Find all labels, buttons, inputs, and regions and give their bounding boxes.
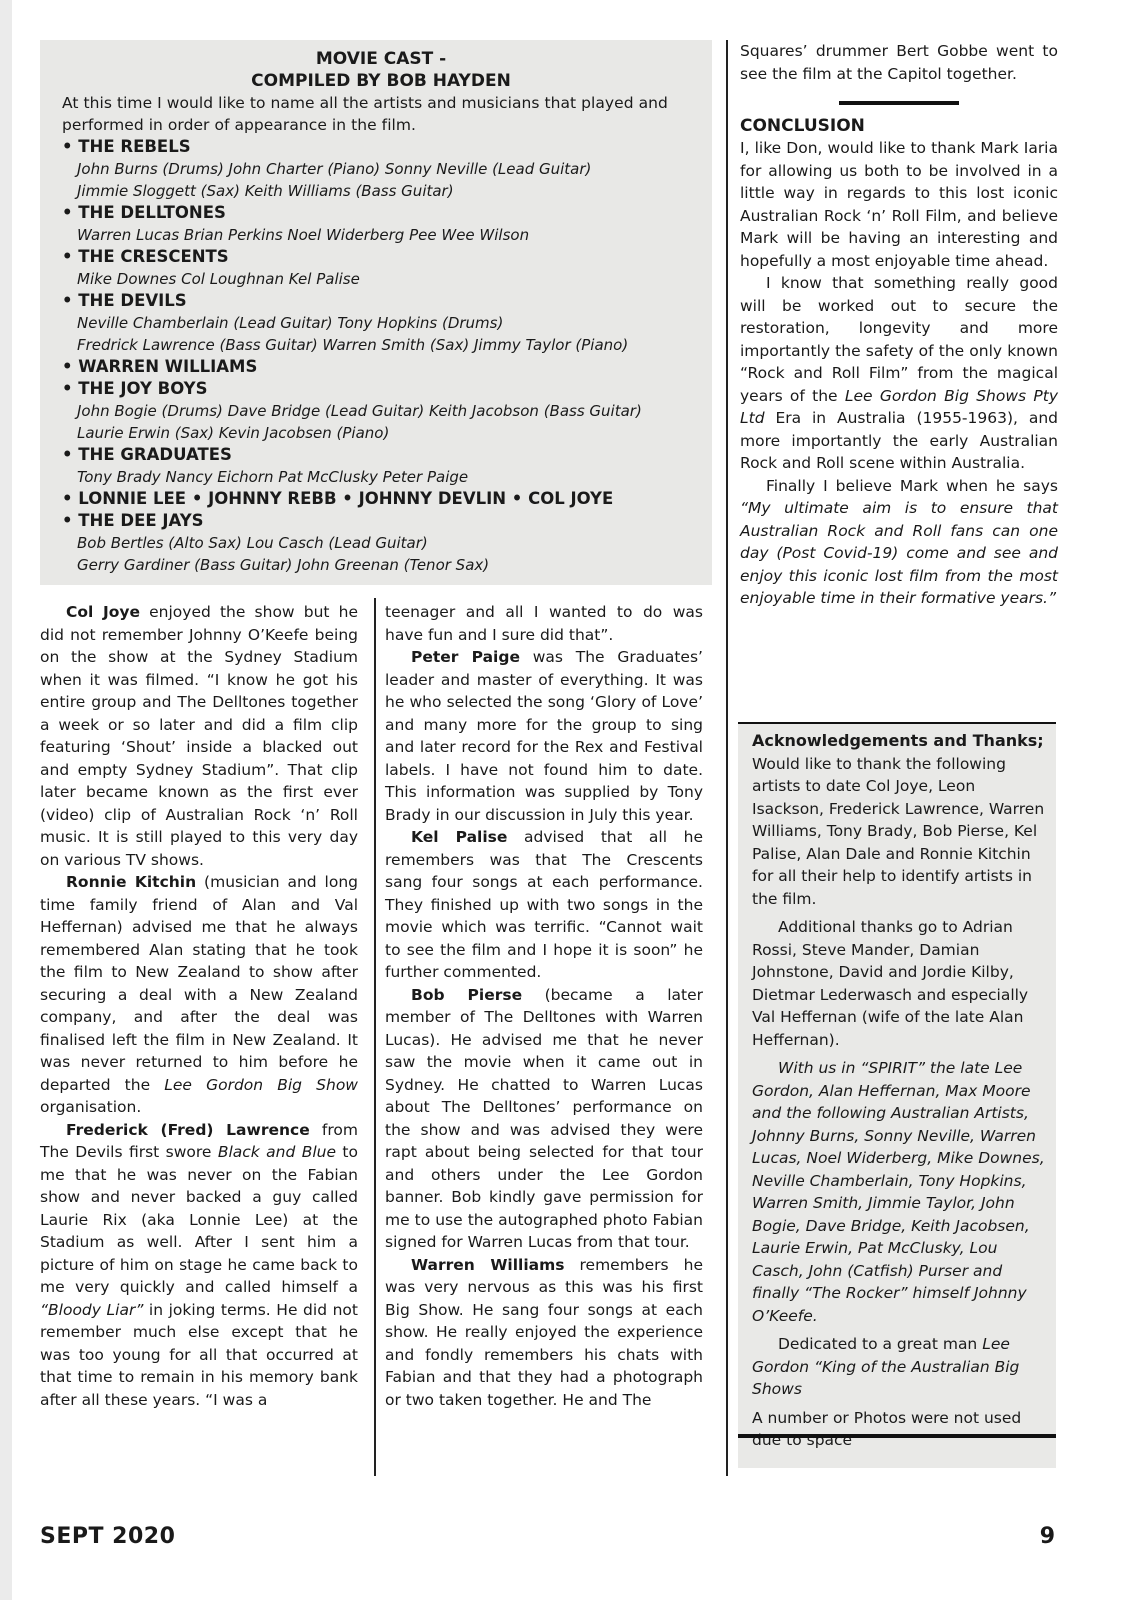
group-members: Mike Downes Col Loughnan Kel Palise — [62, 268, 700, 290]
paragraph-bob-pierse: Bob Pierse (became a later member of The… — [385, 984, 703, 1254]
cast-group: LONNIE LEE • JOHNNY REBB • JOHNNY DEVLIN… — [62, 488, 700, 510]
person-name: Frederick (Fred) Lawrence — [66, 1121, 310, 1139]
group-name: THE DEVILS — [62, 290, 700, 312]
group-members: Warren Lucas Brian Perkins Noel Widerber… — [62, 224, 700, 246]
group-members: John Burns (Drums) John Charter (Piano) … — [62, 158, 700, 180]
paragraph-continued: teenager and all I wanted to do was have… — [385, 601, 703, 646]
paragraph-text: was The Graduates’ leader and master of … — [385, 648, 703, 824]
paragraph-text: I know that something really good will b… — [740, 274, 1058, 405]
article-column-3: Squares’ drummer Bert Gobbe went to see … — [740, 40, 1058, 610]
column-divider — [374, 598, 376, 1476]
person-name: Col Joye — [66, 603, 140, 621]
cast-group: THE DELLTONES Warren Lucas Brian Perkins… — [62, 202, 700, 246]
italic-text: Lee Gordon Big Show — [164, 1076, 358, 1094]
dedication-text: Dedicated to a great man — [778, 1335, 982, 1353]
group-members: Tony Brady Nancy Eichorn Pat McClusky Pe… — [62, 466, 700, 488]
paragraph-text: (became a later member of The Delltones … — [385, 986, 703, 1252]
person-name: Peter Paige — [411, 648, 520, 666]
paragraph-text: (musician and long time family friend of… — [40, 873, 358, 1094]
paragraph-kel-palise: Kel Palise advised that all he remembers… — [385, 826, 703, 984]
group-name: THE DELLTONES — [62, 202, 700, 224]
person-name: Ronnie Kitchin — [66, 873, 196, 891]
group-name: WARREN WILLIAMS — [62, 356, 700, 378]
article-column-1: Col Joye enjoyed the show but he did not… — [40, 601, 358, 1411]
group-members: Jimmie Sloggett (Sax) Keith Williams (Ba… — [62, 180, 700, 202]
italic-text: “Bloody Liar” — [40, 1301, 143, 1319]
group-name: THE GRADUATES — [62, 444, 700, 466]
paragraph-conclusion-3: Finally I believe Mark when he says “My … — [740, 475, 1058, 610]
group-members: Fredrick Lawrence (Bass Guitar) Warren S… — [62, 334, 700, 356]
acknowledgements-text: Would like to thank the following artist… — [752, 755, 1044, 908]
page-number: 9 — [1040, 1524, 1055, 1549]
group-name: THE DEE JAYS — [62, 510, 700, 532]
paragraph-ronnie-kitchin: Ronnie Kitchin (musician and long time f… — [40, 871, 358, 1119]
group-members: Neville Chamberlain (Lead Guitar) Tony H… — [62, 312, 700, 334]
paragraph-text: enjoyed the show but he did not remember… — [40, 603, 358, 869]
cast-title-line2: COMPILED BY BOB HAYDEN — [62, 70, 700, 92]
cast-intro: At this time I would like to name all th… — [62, 92, 700, 136]
conclusion-heading: CONCLUSION — [740, 115, 1058, 137]
group-members: Bob Bertles (Alto Sax) Lou Casch (Lead G… — [62, 532, 700, 554]
person-name: Kel Palise — [411, 828, 507, 846]
paragraph-conclusion-2: I know that something really good will b… — [740, 272, 1058, 475]
column-divider — [726, 40, 728, 1476]
group-members: Gerry Gardiner (Bass Guitar) John Greena… — [62, 554, 700, 576]
person-name: Warren Williams — [411, 1256, 565, 1274]
person-name: Bob Pierse — [411, 986, 522, 1004]
cast-group: THE GRADUATES Tony Brady Nancy Eichorn P… — [62, 444, 700, 488]
cast-group: THE DEVILS Neville Chamberlain (Lead Gui… — [62, 290, 700, 356]
cast-list: THE REBELS John Burns (Drums) John Chart… — [62, 136, 700, 576]
dedication: Dedicated to a great man Lee Gordon “Kin… — [752, 1333, 1048, 1401]
cast-group: THE REBELS John Burns (Drums) John Chart… — [62, 136, 700, 202]
paragraph-conclusion-1: I, like Don, would like to thank Mark Ia… — [740, 137, 1058, 272]
quote-text: “My ultimate aim is to ensure that Austr… — [740, 499, 1058, 607]
paragraph-text: Finally I believe Mark when he says — [766, 477, 1058, 495]
acknowledgements-heading: Acknowledgements and Thanks; — [752, 731, 1044, 750]
paragraph-text: Era in Australia (1955-1963), and more i… — [740, 409, 1058, 472]
movie-cast-box: MOVIE CAST - COMPILED BY BOB HAYDEN At t… — [40, 40, 712, 585]
issue-date: SEPT 2020 — [40, 1524, 175, 1549]
group-members: Laurie Erwin (Sax) Kevin Jacobsen (Piano… — [62, 422, 700, 444]
cast-group: WARREN WILLIAMS — [62, 356, 700, 378]
cast-group: THE CRESCENTS Mike Downes Col Loughnan K… — [62, 246, 700, 290]
paragraph-text: remembers he was very nervous as this wa… — [385, 1256, 703, 1409]
section-divider — [839, 101, 959, 105]
acknowledgements-block: Acknowledgements and Thanks;Would like t… — [752, 730, 1048, 910]
group-name: THE REBELS — [62, 136, 700, 158]
cast-group: THE DEE JAYS Bob Bertles (Alto Sax) Lou … — [62, 510, 700, 576]
cast-group: THE JOY BOYS John Bogie (Drums) Dave Bri… — [62, 378, 700, 444]
italic-text: Black and Blue — [218, 1143, 336, 1161]
paragraph-text: organisation. — [40, 1098, 141, 1116]
paragraph-warren-williams: Warren Williams remembers he was very ne… — [385, 1254, 703, 1412]
paragraph-text: advised that all he remembers was that T… — [385, 828, 703, 981]
box-bottom-rule — [738, 1434, 1056, 1438]
paragraph-col-joye: Col Joye enjoyed the show but he did not… — [40, 601, 358, 871]
group-name: THE JOY BOYS — [62, 378, 700, 400]
cast-title-line1: MOVIE CAST - — [62, 48, 700, 70]
group-name: LONNIE LEE • JOHNNY REBB • JOHNNY DEVLIN… — [62, 488, 700, 510]
page-edge-shadow — [0, 0, 12, 1600]
additional-thanks: Additional thanks go to Adrian Rossi, St… — [752, 916, 1048, 1051]
paragraph-peter-paige: Peter Paige was The Graduates’ leader an… — [385, 646, 703, 826]
group-members: John Bogie (Drums) Dave Bridge (Lead Gui… — [62, 400, 700, 422]
paragraph-continued: Squares’ drummer Bert Gobbe went to see … — [740, 40, 1058, 85]
photos-note: A number or Photos were not used due to … — [752, 1407, 1048, 1452]
in-memoriam: With us in “SPIRIT” the late Lee Gordon,… — [752, 1057, 1048, 1327]
article-column-2: teenager and all I wanted to do was have… — [385, 601, 703, 1411]
group-name: THE CRESCENTS — [62, 246, 700, 268]
acknowledgements-box: Acknowledgements and Thanks;Would like t… — [738, 722, 1056, 1468]
paragraph-fred-lawrence: Frederick (Fred) Lawrence from The Devil… — [40, 1119, 358, 1412]
paragraph-text: to me that he was never on the Fabian sh… — [40, 1143, 358, 1296]
